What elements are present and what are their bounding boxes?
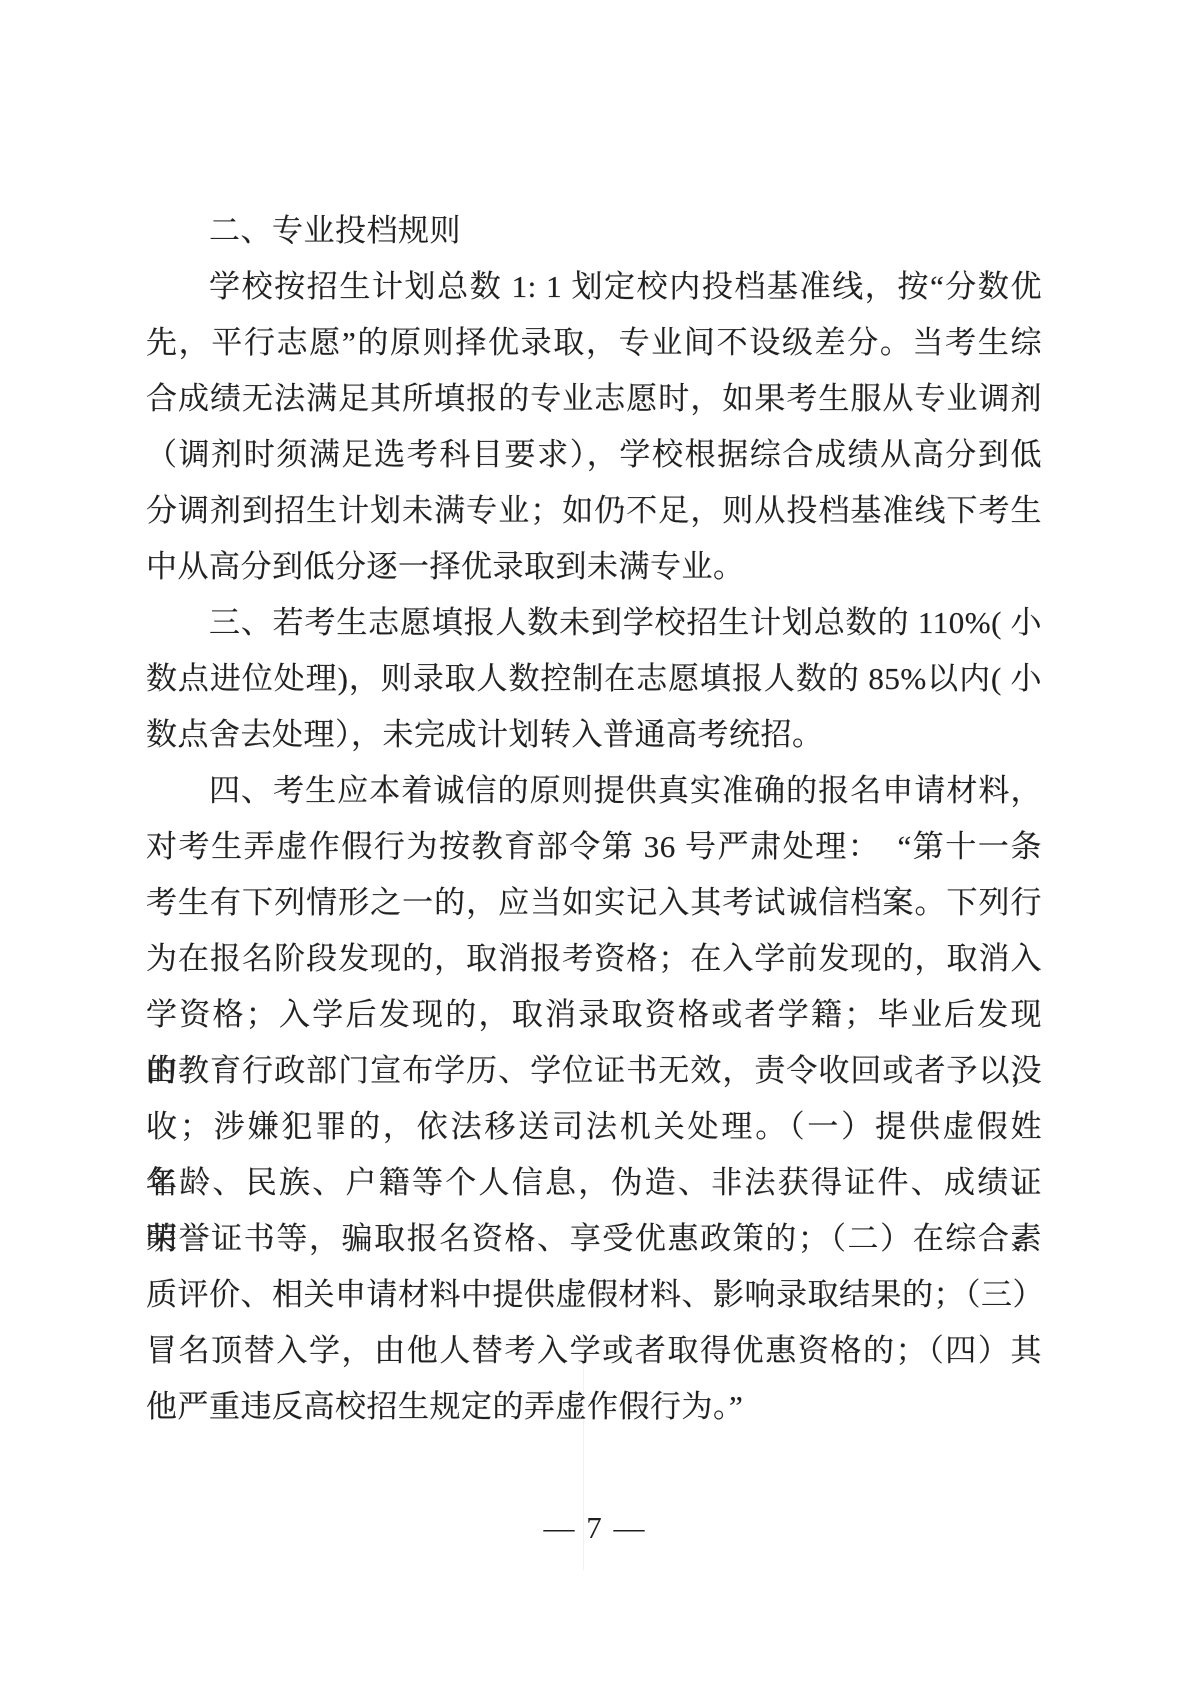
text-line: 对考生弄虚作假行为按教育部令第 36 号严肃处理： “第十一条 xyxy=(146,819,1042,875)
text-line: 考生有下列情形之一的，应当如实记入其考试诚信档案。下列行 xyxy=(146,875,1042,931)
text-line: 分调剂到招生计划未满专业；如仍不足，则从投档基准线下考生 xyxy=(146,483,1042,539)
document-page: 二、专业投档规则学校按招生计划总数 1: 1 划定校内投档基准线，按“分数优先，… xyxy=(0,0,1190,1684)
text-line: 中从高分到低分逐一择优录取到未满专业。 xyxy=(146,539,1042,595)
text-line: 由教育行政部门宣布学历、学位证书无效，责令收回或者予以没 xyxy=(146,1043,1042,1099)
text-line: （调剂时须满足选考科目要求），学校根据综合成绩从高分到低 xyxy=(146,427,1042,483)
text-line: 质评价、相关申请材料中提供虚假材料、影响录取结果的；（三） xyxy=(146,1267,1042,1323)
text-line: 先，平行志愿”的原则择优录取，专业间不设级差分。当考生综 xyxy=(146,315,1042,371)
paragraph-start: 学校按招生计划总数 1: 1 划定校内投档基准线，按“分数优 xyxy=(146,259,1042,315)
text-line: 冒名顶替入学，由他人替考入学或者取得优惠资格的；（四）其 xyxy=(146,1323,1042,1379)
section-4-start: 四、考生应本着诚信的原则提供真实准确的报名申请材料， xyxy=(146,763,1042,819)
text-line: 荣誉证书等，骗取报名资格、享受优惠政策的；（二）在综合素 xyxy=(146,1211,1042,1267)
text-line: 数点进位处理)，则录取人数控制在志愿填报人数的 85%以内( 小 xyxy=(146,651,1042,707)
text-line: 合成绩无法满足其所填报的专业志愿时，如果考生服从专业调剂 xyxy=(146,371,1042,427)
section-2-heading: 二、专业投档规则 xyxy=(146,203,1042,259)
section-3-start: 三、若考生志愿填报人数未到学校招生计划总数的 110%( 小 xyxy=(146,595,1042,651)
text-line: 年龄、民族、户籍等个人信息，伪造、非法获得证件、成绩证明、 xyxy=(146,1155,1042,1211)
document-body: 二、专业投档规则学校按招生计划总数 1: 1 划定校内投档基准线，按“分数优先，… xyxy=(146,203,1042,1435)
text-line: 数点舍去处理），未完成计划转入普通高考统招。 xyxy=(146,707,1042,763)
page-number: — 7 — xyxy=(0,1508,1190,1548)
text-line: 学资格；入学后发现的，取消录取资格或者学籍；毕业后发现的， xyxy=(146,987,1042,1043)
text-line: 为在报名阶段发现的，取消报考资格；在入学前发现的，取消入 xyxy=(146,931,1042,987)
text-line: 收；涉嫌犯罪的，依法移送司法机关处理。（一）提供虚假姓名、 xyxy=(146,1099,1042,1155)
text-line: 他严重违反高校招生规定的弄虚作假行为。” xyxy=(146,1379,1042,1435)
